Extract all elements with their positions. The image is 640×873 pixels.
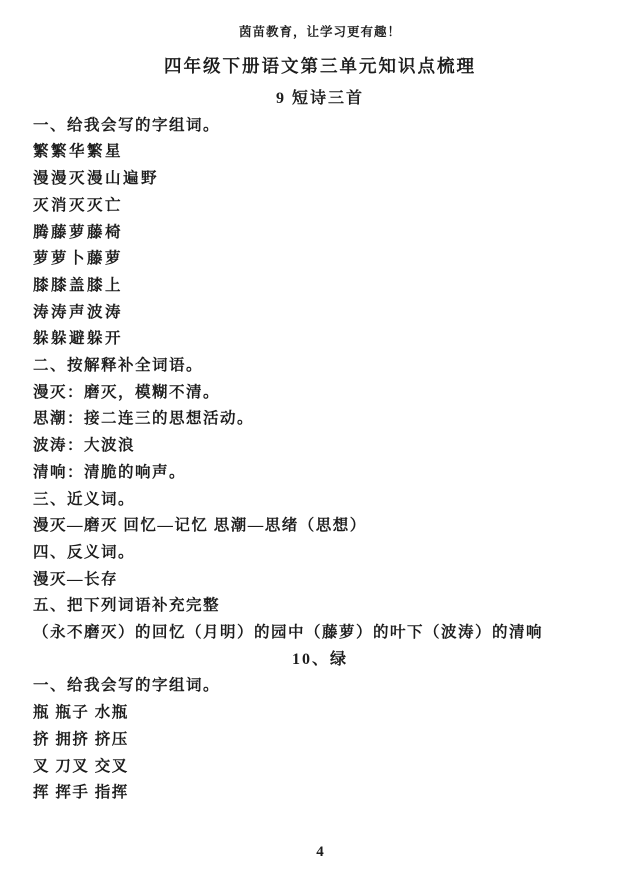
word-line: 灭消灭灭亡 — [33, 193, 607, 220]
word-line: 躲躲避躲开 — [33, 326, 607, 353]
word-line: 腾藤萝藤椅 — [33, 220, 607, 247]
document-title: 四年级下册语文第三单元知识点梳理 — [0, 54, 640, 78]
fill-in-line: （永不磨灭）的回忆（月明）的园中（藤萝）的叶下（波涛）的清响 — [33, 620, 607, 647]
site-slogan: 茵苗教育，让学习更有趣！ — [0, 0, 640, 40]
section-title: 一、给我会写的字组词。 — [33, 673, 607, 700]
section-title: 四、反义词。 — [33, 540, 607, 567]
page-number: 4 — [0, 844, 640, 861]
lesson-10-heading: 10、绿 — [33, 647, 607, 674]
definition-line: 清响：清脆的响声。 — [33, 460, 607, 487]
section-title: 三、近义词。 — [33, 487, 607, 514]
lesson-9-heading: 9 短诗三首 — [0, 86, 640, 113]
synonym-line: 漫灭—磨灭 回忆—记忆 思潮—思绪（思想） — [33, 513, 607, 540]
word-line: 挥 挥手 指挥 — [33, 780, 607, 807]
section-title: 五、把下列词语补充完整 — [33, 593, 607, 620]
word-line: 萝萝卜藤萝 — [33, 246, 607, 273]
word-line: 瓶 瓶子 水瓶 — [33, 700, 607, 727]
word-line: 挤 拥挤 挤压 — [33, 727, 607, 754]
worksheet-page: 茵苗教育，让学习更有趣！ 四年级下册语文第三单元知识点梳理 9 短诗三首 一、给… — [0, 0, 640, 873]
definition-line: 漫灭：磨灭，模糊不清。 — [33, 380, 607, 407]
word-line: 漫漫灭漫山遍野 — [33, 166, 607, 193]
antonym-line: 漫灭—长存 — [33, 567, 607, 594]
document-body: 一、给我会写的字组词。 繁繁华繁星 漫漫灭漫山遍野 灭消灭灭亡 腾藤萝藤椅 萝萝… — [0, 113, 640, 807]
word-line: 叉 刀叉 交叉 — [33, 754, 607, 781]
section-title: 二、按解释补全词语。 — [33, 353, 607, 380]
word-line: 涛涛声波涛 — [33, 300, 607, 327]
section-title: 一、给我会写的字组词。 — [33, 113, 607, 140]
definition-line: 波涛：大波浪 — [33, 433, 607, 460]
word-line: 膝膝盖膝上 — [33, 273, 607, 300]
definition-line: 思潮：接二连三的思想活动。 — [33, 406, 607, 433]
word-line: 繁繁华繁星 — [33, 139, 607, 166]
